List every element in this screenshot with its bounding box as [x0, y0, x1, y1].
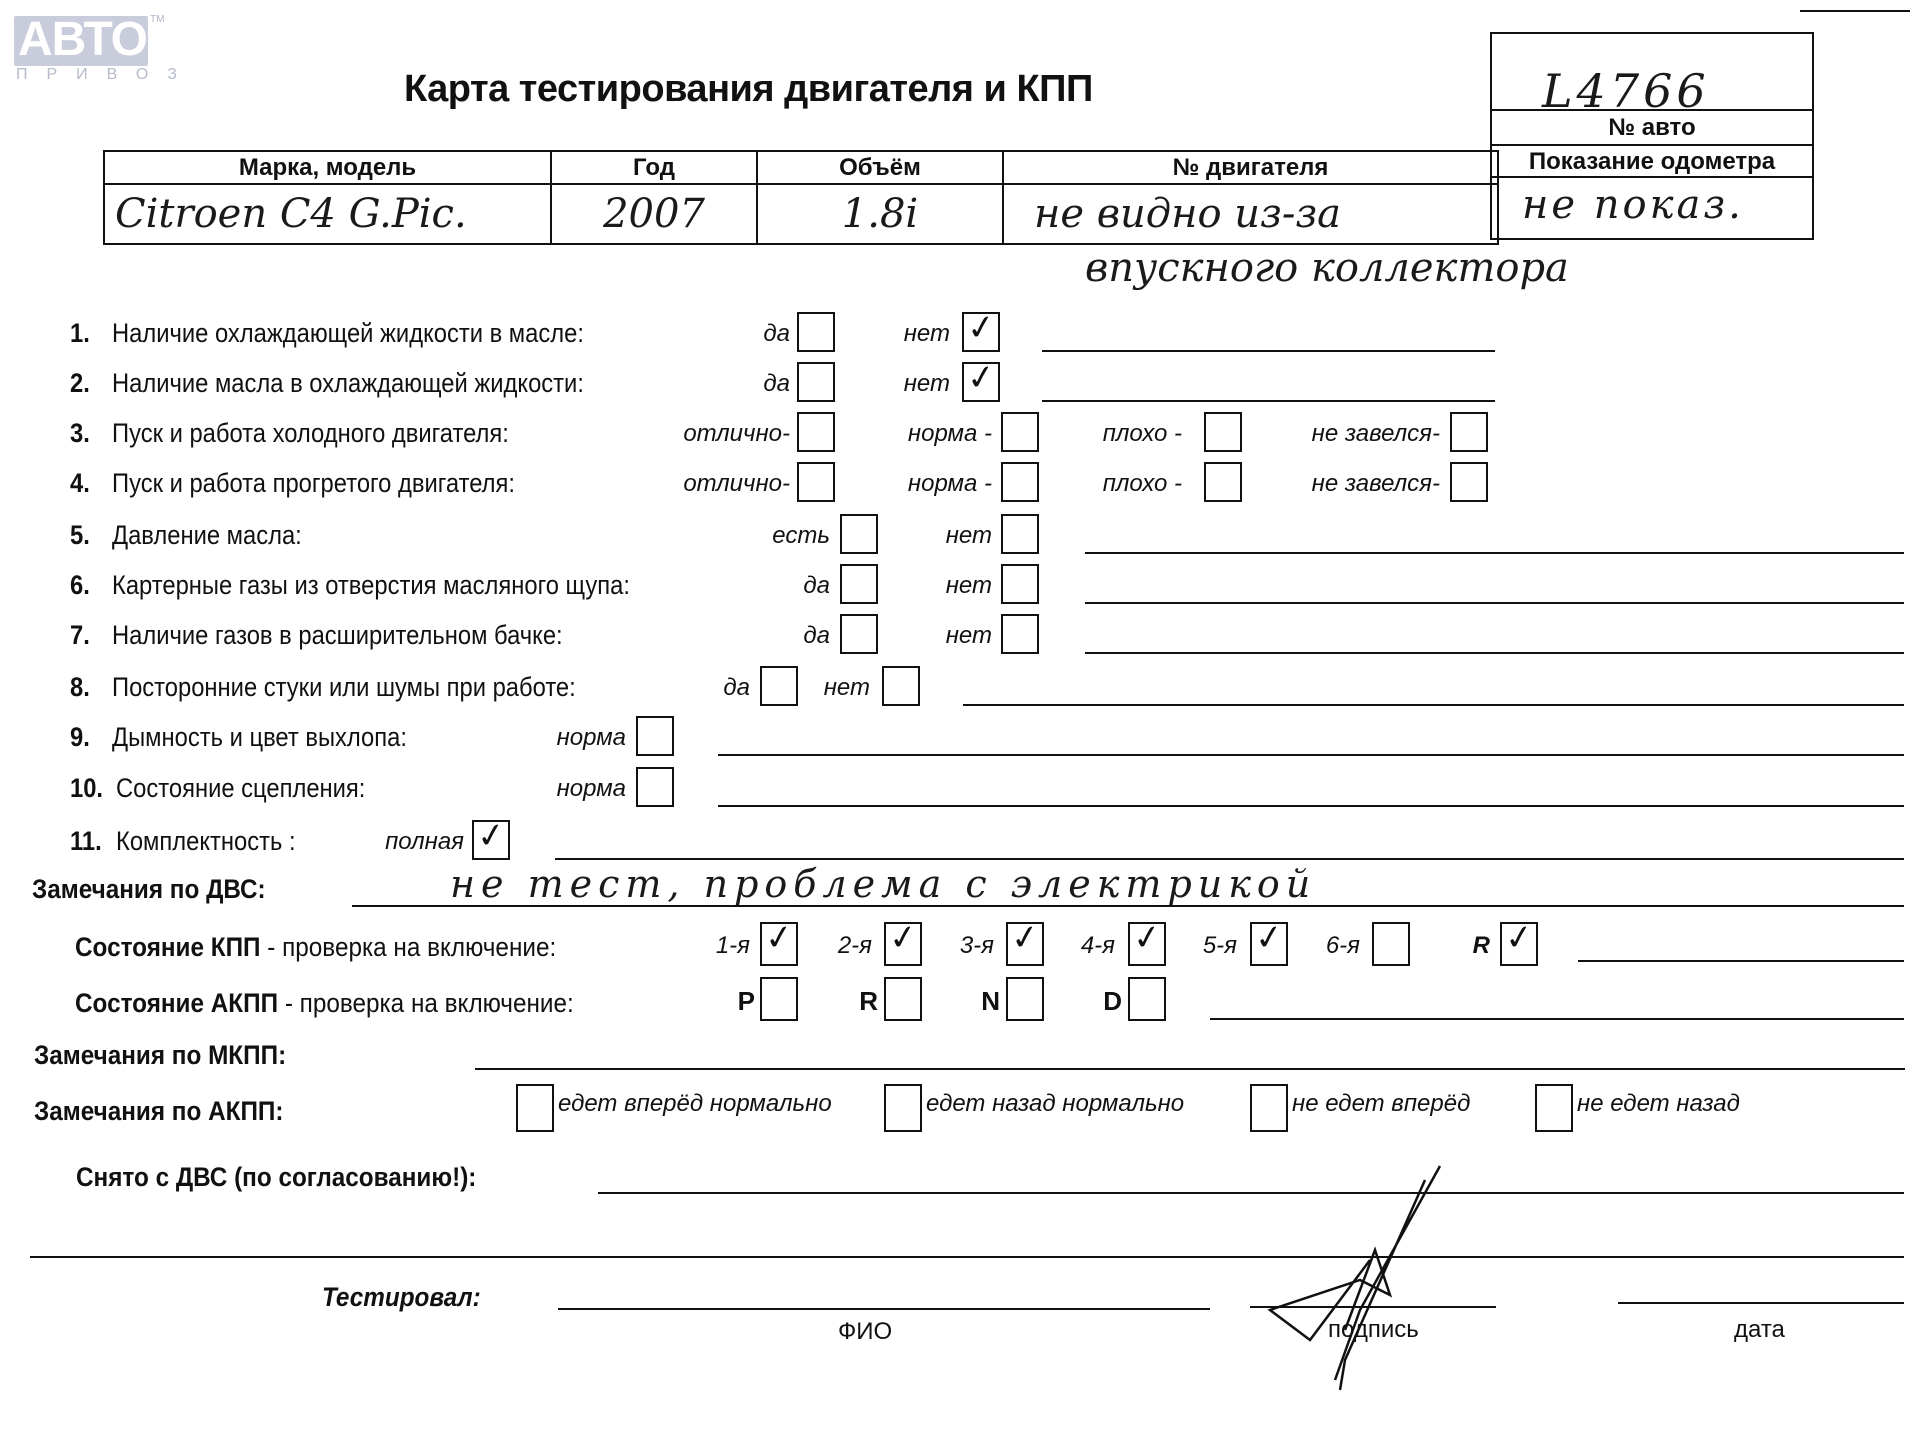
checkbox[interactable]: ✓	[962, 362, 1000, 402]
checkbox[interactable]: ✓	[962, 312, 1000, 352]
akpp-remarks-label: Замечания по АКПП:	[34, 1096, 283, 1127]
item-label: Состояние сцепления:	[116, 773, 365, 804]
option-label: плохо -	[1103, 420, 1182, 448]
item-label: Давление масла:	[112, 520, 302, 551]
option-label: нет	[904, 320, 950, 348]
akpp-notes-line	[1210, 1018, 1904, 1020]
gear-checkbox[interactable]: ✓	[1500, 922, 1538, 966]
check-mark-icon: ✓	[964, 306, 998, 350]
kpp-notes-line	[1578, 960, 1904, 962]
item-number: 10.	[70, 773, 103, 804]
item-notes-line[interactable]	[963, 704, 1904, 706]
item-number: 3.	[70, 418, 90, 449]
checkbox[interactable]	[1450, 412, 1488, 452]
option-label: нет	[946, 572, 992, 600]
item-notes-line[interactable]	[1085, 552, 1904, 554]
item-label: Посторонние стуки или шумы при работе:	[112, 672, 576, 703]
option-label: да	[763, 370, 790, 398]
option-label: да	[803, 622, 830, 650]
item-label: Дымность и цвет выхлопа:	[112, 722, 407, 753]
checkbox[interactable]	[797, 462, 835, 502]
item-notes-line[interactable]	[718, 754, 1904, 756]
option-label: не завелся-	[1312, 470, 1440, 498]
akpp-remark-checkbox[interactable]	[1535, 1084, 1573, 1132]
checkbox[interactable]: ✓	[472, 820, 510, 860]
gear-checkbox[interactable]: ✓	[1006, 922, 1044, 966]
volume-value[interactable]: 1.8i	[757, 184, 1003, 244]
akpp-label: Состояние АКПП - проверка на включение:	[75, 988, 574, 1019]
checkbox[interactable]	[1001, 462, 1039, 502]
gear-label: 4-я	[1081, 932, 1115, 960]
item-label: Пуск и работа холодного двигателя:	[112, 418, 509, 449]
gear-position-checkbox[interactable]	[1128, 977, 1166, 1021]
fio-line[interactable]	[558, 1308, 1210, 1310]
option-label: не завелся-	[1312, 420, 1440, 448]
odometer-label: Показание одометра	[1492, 148, 1812, 176]
item-number: 6.	[70, 570, 90, 601]
gear-position-label: R	[859, 986, 878, 1017]
item-label: Наличие охлаждающей жидкости в масле:	[112, 318, 584, 349]
check-mark-icon: ✓	[1252, 916, 1286, 960]
item-notes-line[interactable]	[1042, 350, 1495, 352]
option-label: отлично-	[683, 420, 790, 448]
date-line[interactable]	[1618, 1302, 1904, 1304]
akpp-remark-checkbox[interactable]	[516, 1084, 554, 1132]
option-label: нет	[904, 370, 950, 398]
make-model-value[interactable]: Citroen C4 G.Pic.	[104, 184, 551, 244]
checkbox[interactable]	[840, 614, 878, 654]
gear-checkbox[interactable]: ✓	[760, 922, 798, 966]
check-mark-icon: ✓	[762, 916, 796, 960]
gear-checkbox[interactable]	[1372, 922, 1410, 966]
item-label: Комплектность :	[116, 826, 296, 857]
removed-label: Снято с ДВС (по согласованию!):	[76, 1162, 476, 1193]
check-mark-icon: ✓	[886, 916, 920, 960]
gear-position-label: D	[1103, 986, 1122, 1017]
year-value[interactable]: 2007	[551, 184, 757, 244]
fio-caption: ФИО	[838, 1318, 892, 1346]
item-number: 4.	[70, 468, 90, 499]
item-notes-line[interactable]	[718, 805, 1904, 807]
dvs-remarks-label: Замечания по ДВС:	[32, 874, 266, 905]
mkpp-remarks-line[interactable]	[475, 1068, 1905, 1070]
gear-label: 3-я	[960, 932, 994, 960]
checkbox[interactable]	[1001, 564, 1039, 604]
item-number: 7.	[70, 620, 90, 651]
odometer-value[interactable]: не показ.	[1522, 182, 1744, 228]
item-number: 5.	[70, 520, 90, 551]
logo-trademark: TM	[150, 14, 164, 25]
item-label: Картерные газы из отверстия масляного щу…	[112, 570, 630, 601]
gear-position-checkbox[interactable]	[884, 977, 922, 1021]
gear-position-checkbox[interactable]	[760, 977, 798, 1021]
vehicle-info-table: Марка, модель Год Объём № двигателя Citr…	[103, 150, 1499, 245]
akpp-label-rest: - проверка на включение:	[278, 988, 574, 1018]
option-label: да	[803, 572, 830, 600]
logo-subtext: ПРИВОЗ	[16, 66, 196, 84]
gear-label: 6-я	[1326, 932, 1360, 960]
separator-line	[30, 1256, 1904, 1258]
signature-scribble	[1250, 1160, 1450, 1400]
item-notes-line[interactable]	[1085, 652, 1904, 654]
gear-label: 5-я	[1203, 932, 1237, 960]
gear-label: R	[1473, 932, 1490, 960]
logo-text: АВТО	[18, 14, 147, 66]
date-caption: дата	[1734, 1316, 1785, 1344]
checkbox[interactable]	[636, 767, 674, 807]
item-notes-line[interactable]	[1085, 602, 1904, 604]
check-mark-icon: ✓	[1130, 916, 1164, 960]
page-title: Карта тестирования двигателя и КПП	[404, 68, 1093, 111]
checkbox[interactable]	[797, 312, 835, 352]
checkbox[interactable]	[797, 412, 835, 452]
gear-label: 2-я	[838, 932, 872, 960]
checkbox[interactable]	[1001, 412, 1039, 452]
option-label: отлично-	[683, 470, 790, 498]
option-label: да	[723, 674, 750, 702]
item-number: 8.	[70, 672, 90, 703]
option-label: норма -	[908, 470, 992, 498]
checkbox[interactable]	[840, 514, 878, 554]
column-header-engine-number: № двигателя	[1003, 151, 1498, 184]
checkbox[interactable]	[636, 716, 674, 756]
tested-by-label: Тестировал:	[322, 1282, 481, 1313]
option-label: нет	[946, 622, 992, 650]
checkbox[interactable]	[1001, 514, 1039, 554]
checkbox[interactable]	[760, 666, 798, 706]
gear-checkbox[interactable]: ✓	[1128, 922, 1166, 966]
gear-position-label: P	[738, 986, 755, 1017]
item-label: Наличие масла в охлаждающей жидкости:	[112, 368, 584, 399]
column-header-year: Год	[551, 151, 757, 184]
item-number: 2.	[70, 368, 90, 399]
column-header-make-model: Марка, модель	[104, 151, 551, 184]
akpp-label-bold: Состояние АКПП	[75, 988, 278, 1018]
dvs-remarks-value[interactable]: не тест, проблема с электрикой	[450, 862, 1316, 906]
option-label: норма	[557, 775, 626, 803]
item-label: Наличие газов в расширительном бачке:	[112, 620, 563, 651]
item-number: 9.	[70, 722, 90, 753]
mkpp-remarks-label: Замечания по МКПП:	[34, 1040, 286, 1071]
akpp-remark-checkbox[interactable]	[1250, 1084, 1288, 1132]
checkbox[interactable]	[840, 564, 878, 604]
option-label: да	[763, 320, 790, 348]
option-label: есть	[772, 522, 830, 550]
checkbox[interactable]	[1001, 614, 1039, 654]
check-mark-icon: ✓	[964, 356, 998, 400]
option-label: норма -	[908, 420, 992, 448]
item-notes-line[interactable]	[1042, 400, 1495, 402]
checkbox[interactable]	[1204, 462, 1242, 502]
gear-label: 1-я	[716, 932, 750, 960]
akpp-remark-checkbox[interactable]	[884, 1084, 922, 1132]
akpp-remark-label: едет назад нормально	[926, 1090, 1184, 1118]
engine-number-value[interactable]: не видно из-за	[1003, 184, 1498, 244]
checkbox[interactable]	[1450, 462, 1488, 502]
kpp-label-rest: - проверка на включение:	[261, 932, 557, 962]
item-number: 1.	[70, 318, 90, 349]
checkbox[interactable]	[1204, 412, 1242, 452]
gear-checkbox[interactable]: ✓	[1250, 922, 1288, 966]
kpp-label: Состояние КПП - проверка на включение:	[75, 932, 556, 963]
option-label: норма	[557, 724, 626, 752]
scan-mark	[1800, 10, 1910, 12]
column-header-volume: Объём	[757, 151, 1003, 184]
auto-number-box: L4766 № авто Показание одометра не показ…	[1490, 32, 1814, 240]
option-label: нет	[824, 674, 870, 702]
check-mark-icon: ✓	[1008, 916, 1042, 960]
kpp-label-bold: Состояние КПП	[75, 932, 261, 962]
item-label: Пуск и работа прогретого двигателя:	[112, 468, 515, 499]
option-label: нет	[946, 522, 992, 550]
gear-checkbox[interactable]: ✓	[884, 922, 922, 966]
option-label: плохо -	[1103, 470, 1182, 498]
akpp-remark-label: не едет назад	[1577, 1090, 1740, 1118]
item-number: 11.	[70, 826, 102, 857]
item-notes-line[interactable]	[555, 858, 1904, 860]
akpp-remark-label: едет вперёд нормально	[558, 1090, 832, 1118]
check-mark-icon: ✓	[1502, 916, 1536, 960]
akpp-remark-label: не едет вперёд	[1292, 1090, 1470, 1118]
option-label: полная	[385, 828, 464, 856]
gear-position-label: N	[981, 986, 1000, 1017]
checkbox[interactable]	[797, 362, 835, 402]
auto-number-label: № авто	[1492, 114, 1812, 142]
gear-position-checkbox[interactable]	[1006, 977, 1044, 1021]
checkbox[interactable]	[882, 666, 920, 706]
engine-number-note: впускного коллектора	[1085, 245, 1569, 291]
check-mark-icon: ✓	[474, 814, 508, 858]
